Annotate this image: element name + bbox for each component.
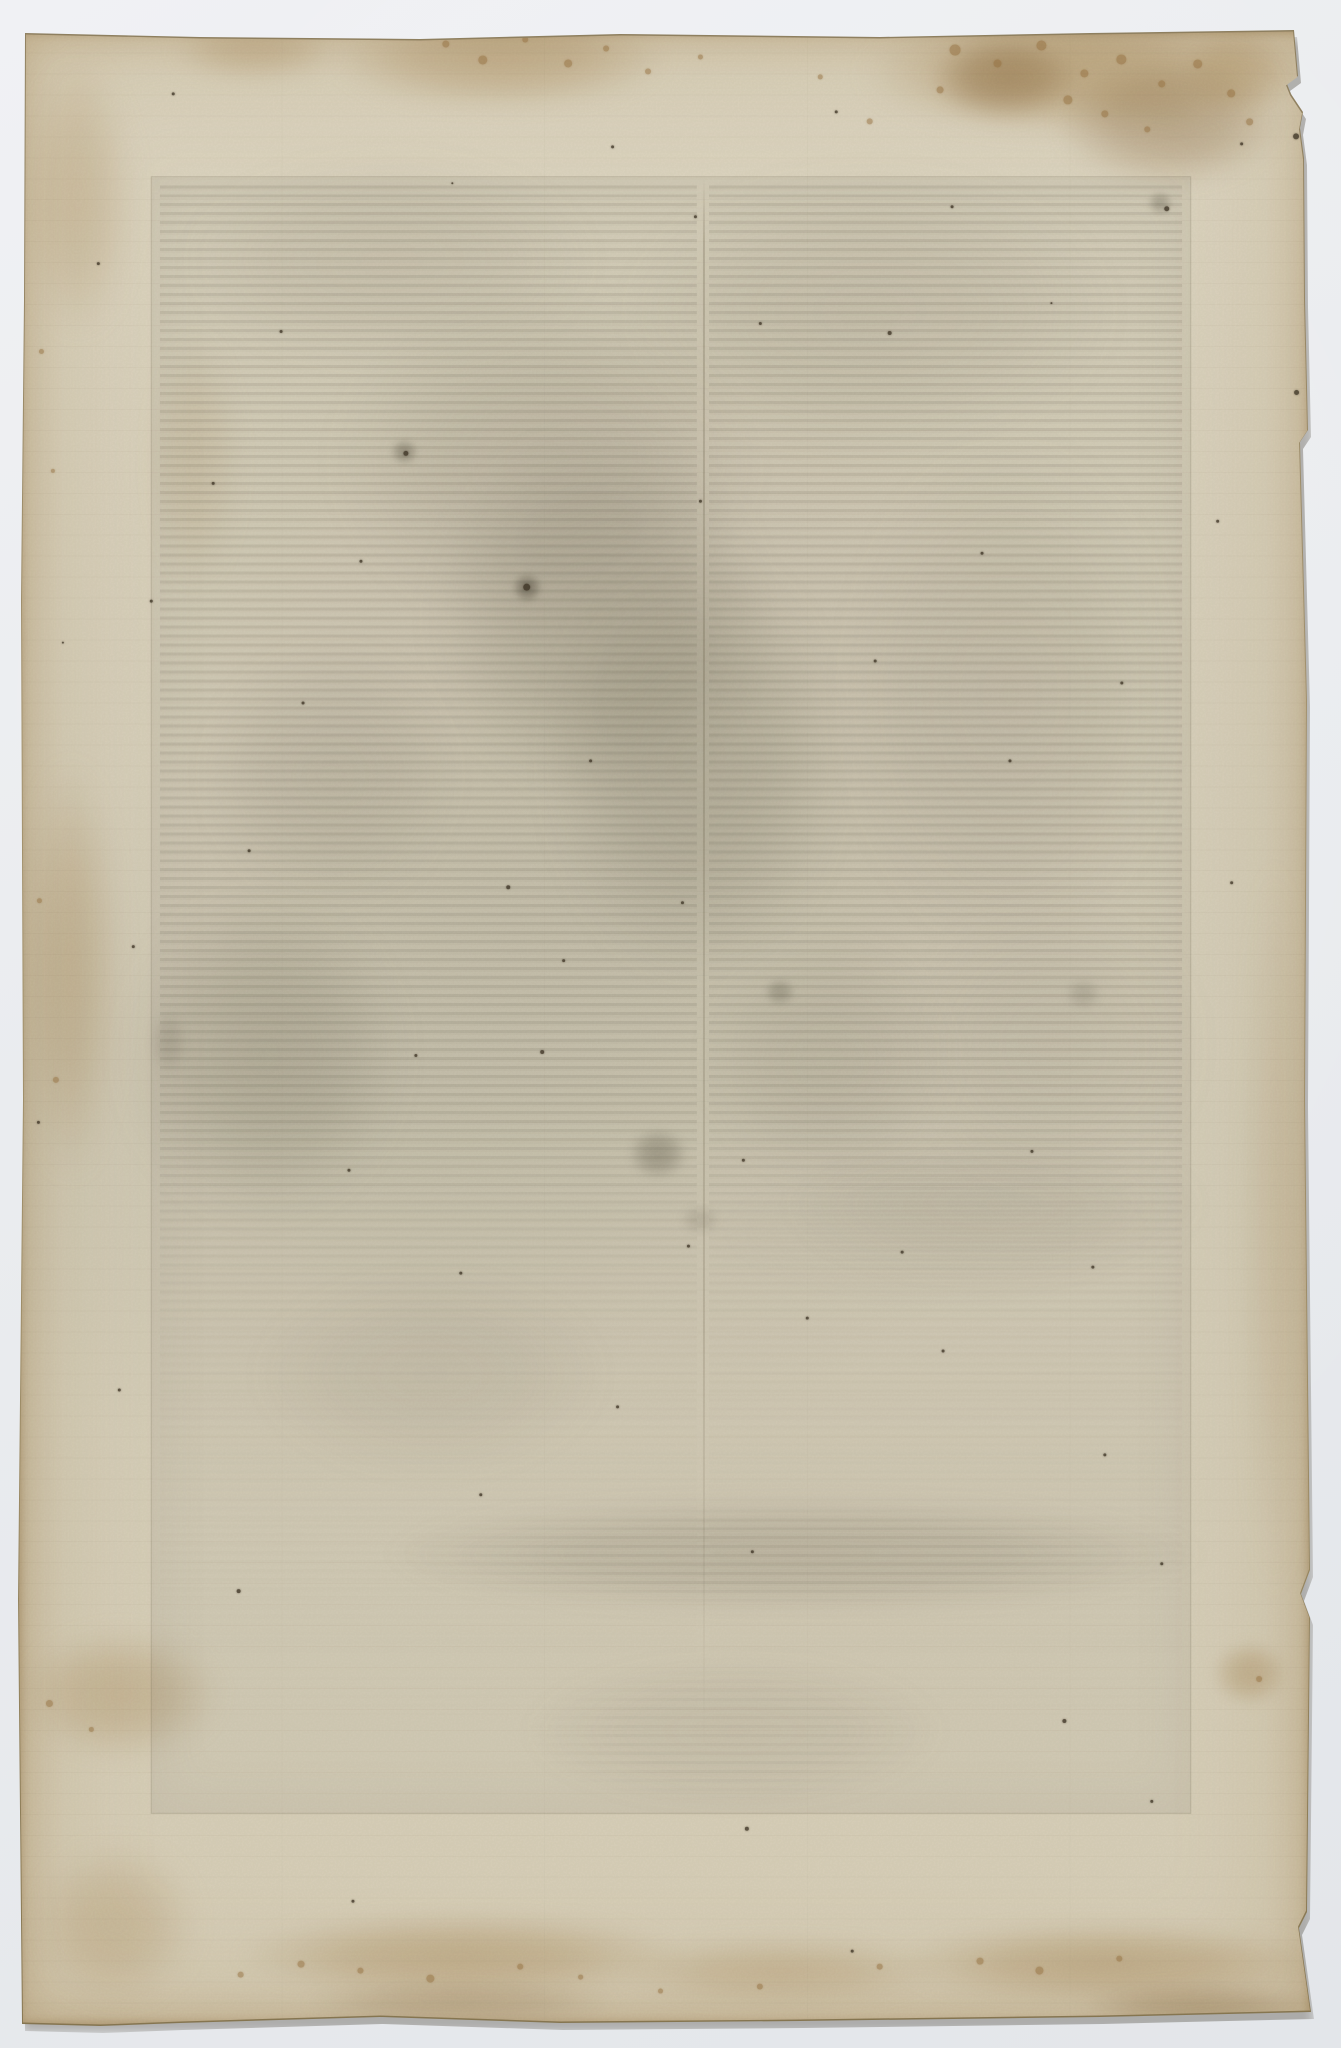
paper-sheet [19, 31, 1310, 2024]
photo [0, 0, 1341, 2048]
paper-grain-texture [19, 31, 1310, 2024]
